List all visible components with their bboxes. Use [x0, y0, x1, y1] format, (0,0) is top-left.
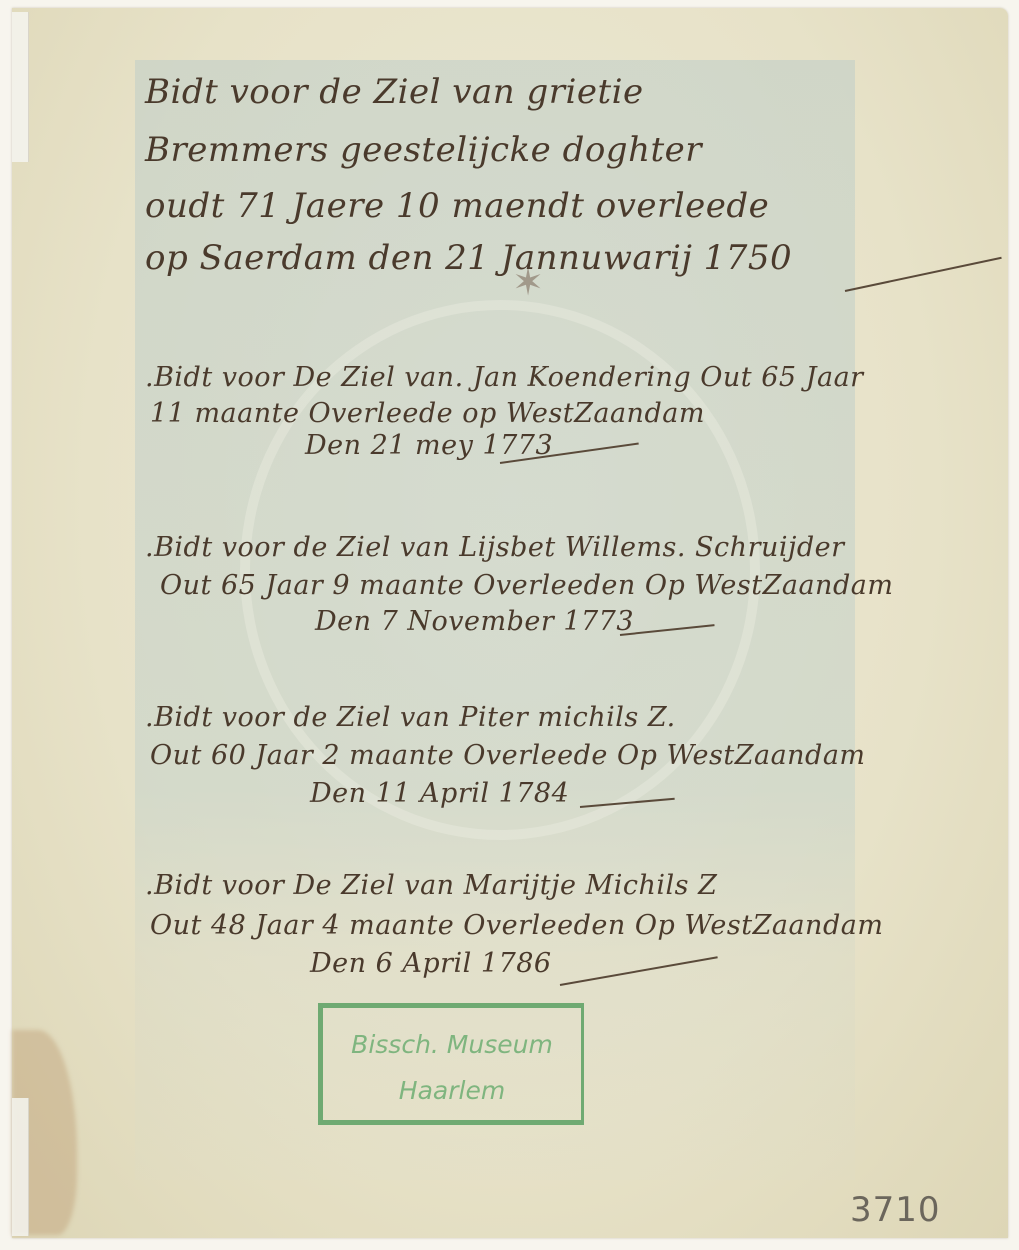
stamp-line-2: Haarlem [323, 1076, 581, 1105]
inventory-number: 3710 [850, 1190, 941, 1230]
museum-stamp: Bissch. Museum Haarlem [318, 1003, 584, 1125]
entry-line: Den 7 November 1773 [315, 606, 634, 637]
stamp-line-1: Bissch. Museum [323, 1030, 581, 1059]
entry-line: Out 48 Jaar 4 maante Overleeden Op WestZ… [150, 910, 883, 941]
mounting-tape-bottom [12, 1098, 29, 1236]
entry-line: .Bidt voor de Ziel van Lijsbet Willems. … [145, 532, 845, 563]
entry-line: Out 60 Jaar 2 maante Overleede Op WestZa… [150, 740, 866, 771]
entry-line: op Saerdam den 21 Jannuwarij 1750 [145, 238, 792, 278]
entry-line: 11 maante Overleede op WestZaandam [150, 398, 705, 429]
entry-line: Den 6 April 1786 [310, 948, 552, 979]
entry-line: Out 65 Jaar 9 maante Overleeden Op WestZ… [160, 570, 893, 601]
entry-line: Bremmers geestelijcke doghter [145, 130, 702, 170]
entry-line: .Bidt voor De Ziel van. Jan Koendering O… [145, 362, 864, 393]
entry-line: Bidt voor de Ziel van grietie [145, 72, 644, 112]
entry-line: Den 11 April 1784 [310, 778, 569, 809]
entry-line: .Bidt voor de Ziel van Piter michils Z. [145, 702, 676, 733]
entry-line: oudt 71 Jaere 10 maendt overleede [145, 186, 769, 226]
entry-line: .Bidt voor De Ziel van Marijtje Michils … [145, 870, 717, 901]
mounting-tape-top [12, 12, 29, 162]
entry-line: Den 21 mey 1773 [305, 430, 553, 461]
